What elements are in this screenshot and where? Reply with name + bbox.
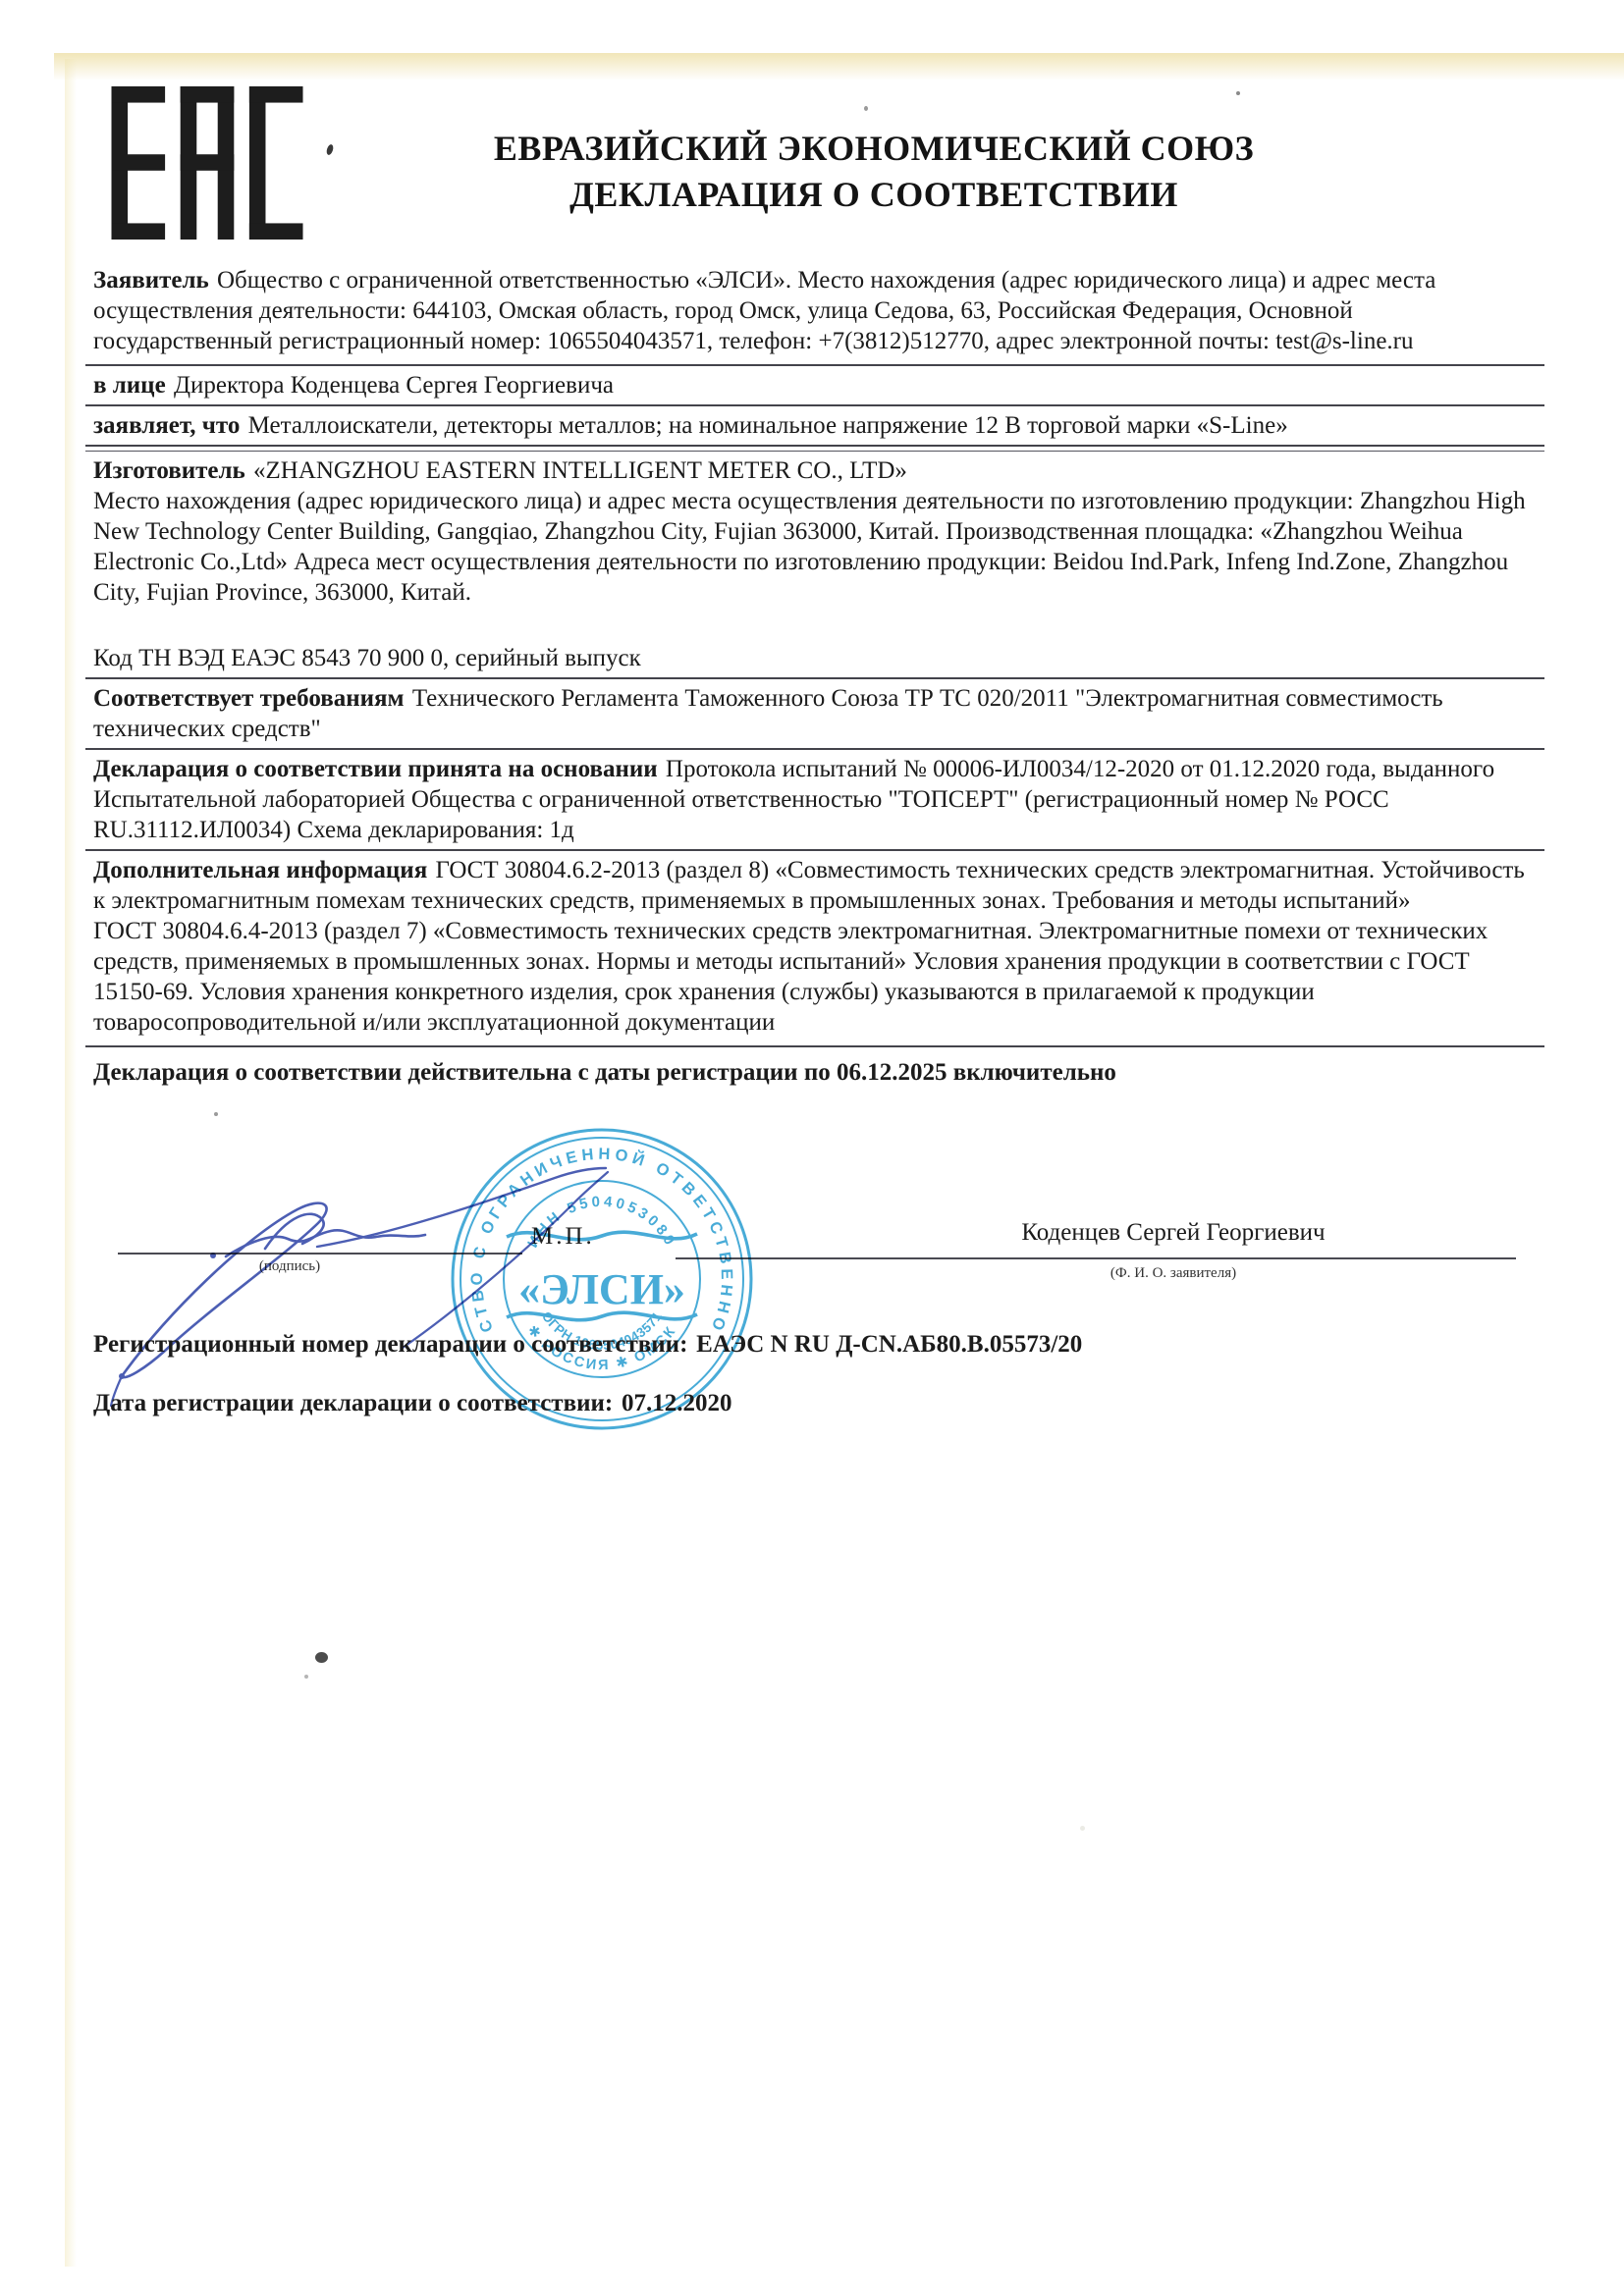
manufacturer-name-line: Изготовитель«ZHANGZHOU EASTERN INTELLIGE…: [93, 455, 1537, 486]
manufacturer-address: Место нахождения (адрес юридического лиц…: [93, 486, 1537, 608]
manufacturer-name: «ZHANGZHOU EASTERN INTELLIGENT METER CO.…: [253, 457, 907, 484]
complies-paragraph: Соответствует требованиямТехнического Ре…: [93, 683, 1537, 744]
additional-info-label: Дополнительная информация: [93, 857, 427, 883]
stamp-wave-bottom: [507, 1312, 697, 1320]
registration-number-label: Регистрационный номер декларации о соотв…: [93, 1331, 687, 1358]
ink-speck: [214, 1112, 218, 1116]
divider: [85, 364, 1544, 366]
document-body: ЗаявительОбщество с ограниченной ответст…: [93, 265, 1537, 1088]
fio-line: [676, 1257, 1516, 1259]
validity-line: Декларация о соответствии действительна …: [93, 1057, 1537, 1088]
divider: [85, 404, 1544, 406]
divider: [85, 677, 1544, 679]
complies-label: Соответствует требованиям: [93, 685, 405, 712]
tnved-line: Код ТН ВЭД ЕАЭС 8543 70 900 0, серийный …: [93, 643, 1537, 673]
spacer: [93, 608, 1537, 643]
title-line-union: ЕВРАЗИЙСКИЙ ЭКОНОМИЧЕСКИЙ СОЮЗ: [236, 126, 1512, 172]
additional-info-paragraph-1: Дополнительная информацияГОСТ 30804.6.2-…: [93, 855, 1537, 916]
title-line-declaration: ДЕКЛАРАЦИЯ О СООТВЕТСТВИИ: [236, 172, 1512, 218]
in-person-text: Директора Коденцева Сергея Георгиевича: [174, 372, 614, 399]
declares-label: заявляет, что: [93, 412, 240, 439]
svg-text:ИНН 5504053080: ИНН 5504053080: [524, 1194, 679, 1251]
divider: [85, 849, 1544, 851]
in-person-paragraph: в лицеДиректора Коденцева Сергея Георгие…: [93, 370, 1537, 400]
ink-speck: [315, 1652, 328, 1663]
applicant-text: Общество с ограниченной ответственностью…: [93, 267, 1435, 354]
stamp-center-name: «ЭЛСИ»: [518, 1265, 685, 1313]
ink-speck: [1236, 91, 1240, 95]
registration-date-label: Дата регистрации декларации о соответств…: [93, 1390, 613, 1416]
registration-date-value: 07.12.2020: [622, 1390, 732, 1416]
additional-info-paragraph-2: ГОСТ 30804.6.4-2013 (раздел 7) «Совмести…: [93, 916, 1537, 1038]
declares-paragraph: заявляет, чтоМеталлоискатели, детекторы …: [93, 410, 1537, 441]
declaration-document: ЕВРАЗИЙСКИЙ ЭКОНОМИЧЕСКИЙ СОЮЗ ДЕКЛАРАЦИ…: [0, 0, 1624, 2296]
document-title: ЕВРАЗИЙСКИЙ ЭКОНОМИЧЕСКИЙ СОЮЗ ДЕКЛАРАЦИ…: [236, 126, 1512, 218]
ink-speck: [304, 1675, 308, 1679]
registration-number-value: ЕАЭС N RU Д-CN.АБ80.В.05573/20: [696, 1331, 1082, 1358]
registration-date-line: Дата регистрации декларации о соответств…: [93, 1390, 731, 1417]
stamp-inn-text: ИНН 5504053080: [524, 1194, 679, 1251]
ink-speck: [864, 106, 868, 111]
ink-speck: [1080, 1826, 1085, 1831]
scan-artifact-top-band: [54, 53, 1624, 80]
divider: [85, 1045, 1544, 1047]
in-person-label: в лице: [93, 372, 166, 399]
basis-label: Декларация о соответствии принята на осн…: [93, 756, 658, 782]
applicant-paragraph: ЗаявительОбщество с ограниченной ответст…: [93, 265, 1537, 356]
applicant-full-name: Коденцев Сергей Георгиевич: [928, 1219, 1419, 1247]
applicant-label: Заявитель: [93, 267, 209, 294]
divider: [85, 748, 1544, 750]
manufacturer-label: Изготовитель: [93, 457, 245, 484]
declares-text: Металлоискатели, детекторы металлов; на …: [248, 412, 1288, 439]
divider-double: [85, 445, 1544, 452]
basis-paragraph: Декларация о соответствии принята на осн…: [93, 754, 1537, 845]
ink-speck: [687, 2061, 693, 2066]
registration-number-line: Регистрационный номер декларации о соотв…: [93, 1331, 1082, 1359]
fio-caption: (Ф. И. О. заявителя): [1011, 1265, 1335, 1282]
